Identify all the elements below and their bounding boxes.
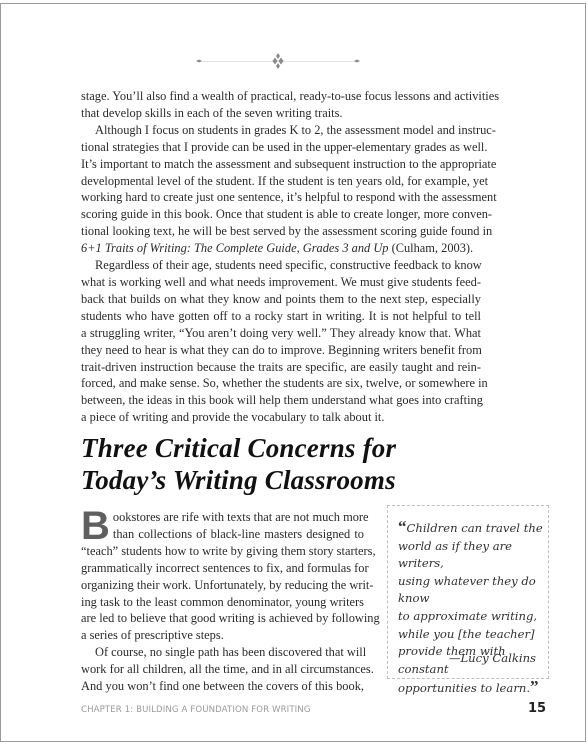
text-line: stage. You’ll also find a wealth of prac… <box>81 88 481 105</box>
quote-line-text: opportunities to learn. <box>398 681 530 695</box>
text-line: working hard to create just one sentence… <box>81 189 481 206</box>
text-line: organizing their work. Unfortunately, by… <box>81 577 364 594</box>
text-line: And you won’t find one between the cover… <box>81 678 364 695</box>
text-line: scoring guide in this book. Once that st… <box>81 206 481 223</box>
quote-line: world as if they are writers, <box>398 538 548 573</box>
quote-line: to approximate writing, <box>398 608 548 626</box>
paragraph: Of course, no single path has been disco… <box>81 644 364 695</box>
paragraph: stage. You’ll also find a wealth of prac… <box>81 88 481 122</box>
citation-line: 6+1 Traits of Writing: The Complete Guid… <box>81 240 481 257</box>
paragraph: B ookstores are rife with texts that are… <box>81 509 364 644</box>
text-line: forced, and make sense. So, whether the … <box>81 375 481 392</box>
quote-line: while you [the teacher] <box>398 626 548 644</box>
text-line: tional strategies that I provide can be … <box>81 139 481 156</box>
text-line: what is working well and what needs impr… <box>81 274 481 291</box>
intro-text: stage. You’ll also find a wealth of prac… <box>81 88 481 426</box>
text-line: a series of prescriptive steps. <box>81 627 364 644</box>
quote-line: opportunities to learn.” <box>398 678 548 698</box>
section-heading: Three Critical Concerns for Today’s Writ… <box>81 432 501 496</box>
text-line: a piece of writing and provide the vocab… <box>81 409 481 426</box>
text-line: It’s important to match the assessment a… <box>81 156 481 173</box>
text-line: Of course, no single path has been disco… <box>81 644 364 661</box>
text-line: developmental level of the student. If t… <box>81 173 481 190</box>
page-number: 15 <box>528 701 546 716</box>
quote-attribution: —Lucy Calkins <box>449 651 536 665</box>
text-line: ookstores are rife with texts that are n… <box>81 509 364 526</box>
text-line: Regardless of their age, students need s… <box>81 257 481 274</box>
text-line: than collections of black-line masters d… <box>81 526 364 543</box>
running-footer: CHAPTER 1: BUILDING A FOUNDATION FOR WRI… <box>81 705 311 715</box>
text-line: back that builds on what they know and p… <box>81 291 481 308</box>
ornament-divider <box>196 52 360 70</box>
drop-cap: B <box>81 511 110 541</box>
text-line: work for all children, all the time, and… <box>81 661 364 678</box>
text-line: tional looking text, he will be best ser… <box>81 223 481 240</box>
text-line: between, the ideas in this book will hel… <box>81 392 481 409</box>
text-line: a struggling writer, “You aren’t doing v… <box>81 325 481 342</box>
quote-line: “Children can travel the <box>398 518 548 538</box>
pull-quote: “Children can travel the world as if the… <box>387 505 549 679</box>
close-quote-icon: ” <box>530 677 539 696</box>
paragraph: Although I focus on students in grades K… <box>81 122 481 257</box>
quote-line-text: Children can travel the <box>407 521 543 535</box>
text-line: are led to believe that good writing is … <box>81 610 364 627</box>
text-line: grammatically incorrect sentences to fix… <box>81 560 364 577</box>
text-line: “teach” students how to write by giving … <box>81 543 364 560</box>
section-body: B ookstores are rife with texts that are… <box>81 509 364 695</box>
heading-line: Three Critical Concerns for <box>81 432 501 464</box>
diamond-ornament-icon <box>196 52 360 70</box>
book-citation: 6+1 Traits of Writing: The Complete Guid… <box>81 241 388 255</box>
text-line: ing task to the least common denominator… <box>81 594 364 611</box>
text-line: Although I focus on students in grades K… <box>81 122 481 139</box>
heading-line: Today’s Writing Classrooms <box>81 464 501 496</box>
text-line: students who have gotten off to a rocky … <box>81 308 481 325</box>
open-quote-icon: “ <box>398 517 407 536</box>
text-line: that develop skills in each of the seven… <box>81 105 481 122</box>
quote-line: using whatever they do know <box>398 573 548 608</box>
text-line: trait-driven instruction because the tra… <box>81 359 481 376</box>
text-line: they need to hear is what they can do to… <box>81 342 481 359</box>
paragraph: Regardless of their age, students need s… <box>81 257 481 426</box>
pull-quote-text: “Children can travel the world as if the… <box>398 518 548 698</box>
citation-tail: (Culham, 2003). <box>388 241 473 255</box>
